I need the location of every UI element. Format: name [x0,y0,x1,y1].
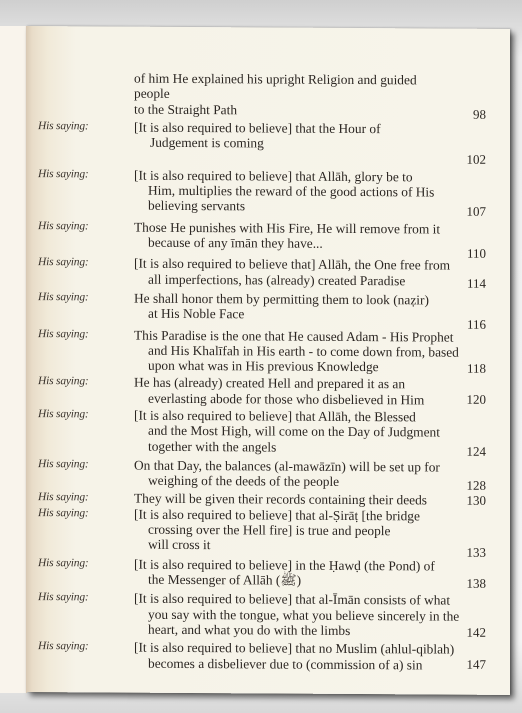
toc-entry: His saying: On that Day, the balances (a… [66,457,486,490]
page-number: 147 [467,657,487,672]
page-number: 138 [467,575,487,590]
toc-entry: His saying: [It is also required to beli… [66,167,486,215]
entry-line: of him He explained his upright Religion… [134,71,444,88]
entry-line: because of any īmān they have... [134,235,444,252]
entry-label: His saying: [38,219,89,235]
entry-line: everlasting abode for those who disbelie… [134,390,444,407]
toc-entry: His saying: [It is also required to beli… [66,591,486,639]
toc-entry: His saying: This Paradise is the one tha… [66,327,486,375]
entry-line: heart, and what you do with the limbs [134,622,444,639]
entry-label: His saying: [38,375,89,391]
entry-line: will cross it [134,537,444,554]
book-page: of him He explained his upright Religion… [26,26,510,695]
entry-line: He has (already) created Hell and prepar… [134,375,444,392]
entry-line: all imperfections, has (already) created… [134,271,444,288]
entry-line: They will be given their records contain… [134,490,444,507]
entry-line: upon what was in His previous Knowledge [134,358,444,375]
entry-line: together with the angels [134,438,444,455]
entry-label: His saying: [38,255,89,271]
entry-label: His saying: [38,327,89,343]
entry-line: to the Straight Path [134,101,444,118]
page-number: 130 [467,492,487,507]
toc-entry: His saying: [It is also required to beli… [66,119,486,170]
page-number: 128 [467,478,487,493]
entry-label: His saying: [38,506,89,522]
entry-line: This Paradise is the one that He caused … [134,327,444,344]
left-page-edge [0,26,27,693]
entry-label: His saying: [38,167,89,183]
entry-line: believing servants [134,198,444,215]
entry-line: and the Most High, will come on the Day … [134,423,444,440]
page-number: 107 [467,204,487,219]
entry-label: His saying: [38,290,89,306]
entry-line: the Messenger of Allāh (ﷺ) [134,572,444,589]
entry-line: Judgement is coming [134,135,444,152]
entry-line: at His Noble Face [134,306,444,323]
toc-entry: His saying: They will be given their rec… [66,490,486,508]
entry-label: His saying: [38,119,89,135]
entry-line: [It is also required to believe] that no… [134,640,444,657]
toc-entry: His saying: He has (already) created Hel… [66,375,486,408]
entry-line: you say with the tongue, what you believ… [134,606,444,623]
toc-entry: His saying: [It is also required to beli… [66,639,486,672]
page-number: 124 [467,444,487,459]
page-number: 118 [467,360,486,375]
page-number: 98 [473,107,486,122]
toc-entry: of him He explained his upright Religion… [66,70,486,118]
toc-entry: His saying: [It is also required to beli… [66,506,486,554]
toc-entry: His saying: He shall honor them by permi… [66,290,486,323]
entry-line: becomes a disbeliever due to (commission… [134,655,444,672]
page-number: 114 [467,276,486,291]
entry-line: [It is also required to believe] that al… [134,591,444,608]
entry-label: His saying: [38,490,89,506]
entry-label: His saying: [38,590,89,606]
entry-line: [It is also required to believe that] Al… [134,256,444,273]
toc-entry: His saying: [It is also required to beli… [66,407,486,455]
entry-label: His saying: [38,407,89,423]
entry-label: His saying: [38,639,89,655]
page-number: 120 [467,392,487,407]
toc-entry: His saying: Those He punishes with His F… [66,219,486,252]
page-number: 142 [467,625,487,640]
entry-label: His saying: [38,556,89,572]
entry-label: His saying: [38,457,89,473]
page-number: 102 [467,152,487,167]
toc-entry: His saying: [It is also required to beli… [66,556,486,589]
entry-line: weighing of the deeds of the people [134,473,444,490]
table-of-contents: of him He explained his upright Religion… [66,70,486,672]
toc-entry: His saying: [It is also required to beli… [66,256,486,289]
